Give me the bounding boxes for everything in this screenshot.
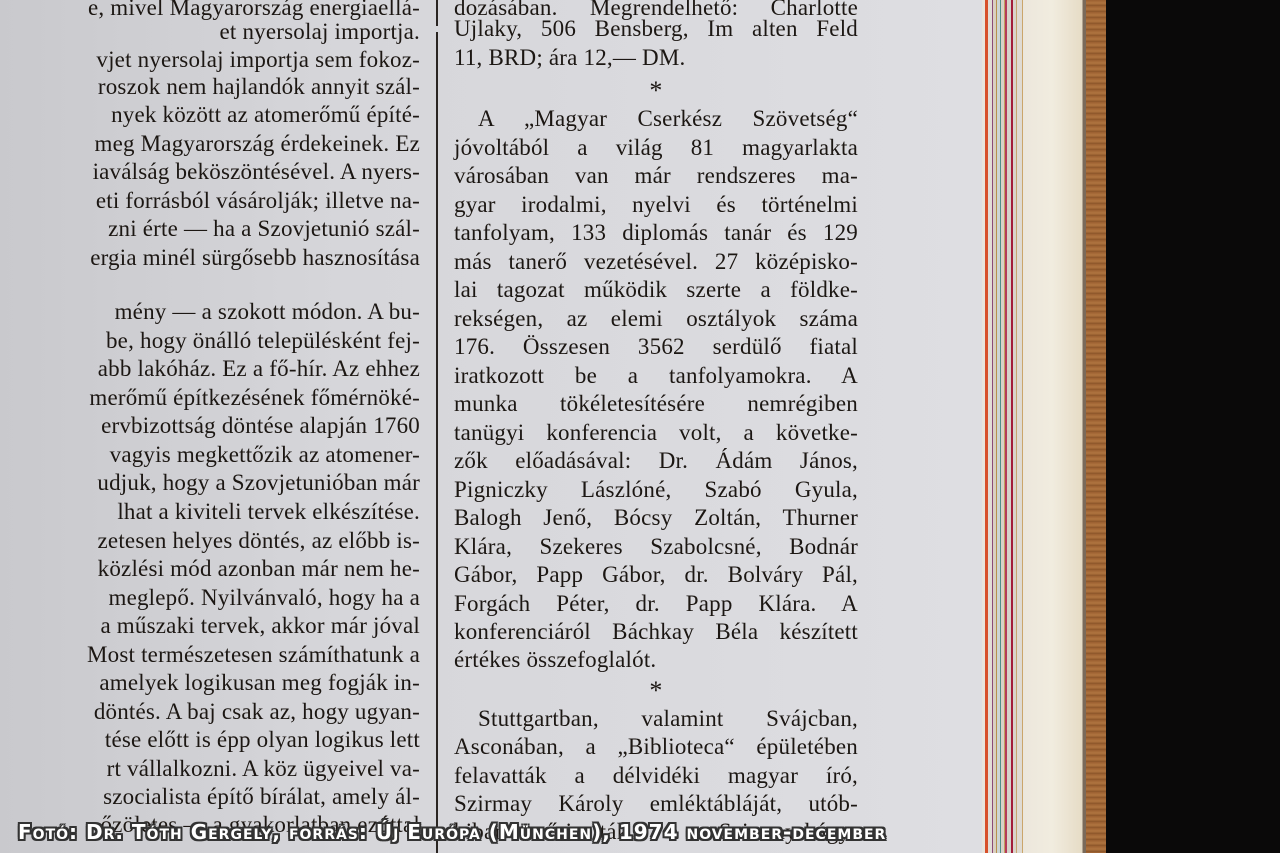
photo-credit-caption: Fotó: Dr. Tóth Gergely, forrás: Új Európ… — [18, 820, 886, 844]
text-line: lhat a kiviteli tervek elkészítése. — [117, 498, 420, 526]
text-line: konferenciáról Báchkay Béla készített — [454, 618, 858, 646]
text-line: közlési mód azonban már nem he- — [98, 555, 420, 583]
text-line: vjet nyersolaj importja sem fokoz- — [96, 46, 420, 74]
text-line: A „Magyar Cserkész Szövetség“ — [454, 105, 858, 133]
text-line: abb lakóház. Ez a fő-hír. Az ehhez — [98, 355, 420, 383]
text-line: értékes összefoglalót. — [454, 646, 858, 674]
text-line: ergia minél sürgősebb hasznosítása — [90, 244, 420, 272]
text-line: Gábor, Papp Gábor, dr. Bolváry Pál, — [454, 561, 858, 589]
dark-background — [1106, 0, 1280, 853]
text-line: ervbizottság döntése alapján 1760 — [101, 412, 420, 440]
text-line: meg Magyarország érdekeinek. Ez — [95, 130, 421, 158]
text-line: merőmű építkezésének főmérnöké- — [89, 384, 420, 412]
text-line: Most természetesen számíthatunk a — [87, 641, 420, 669]
text-line: lai tagozat működik szerte a földke- — [454, 276, 858, 304]
section-separator-asterisk: * — [454, 676, 858, 706]
text-line: udjuk, hogy a Szovjetunióban már — [97, 469, 420, 497]
text-line: Stuttgartban, valamint Svájcban, — [454, 705, 858, 733]
text-line: roszok nem hajlandók annyit szál- — [98, 73, 420, 101]
text-line: a műszaki tervek, akkor már jóval — [100, 612, 420, 640]
text-line: rekségen, az elemi osztályok száma — [454, 305, 858, 333]
text-line: be, hogy önálló településként fej- — [106, 327, 420, 355]
text-line: zetesen helyes döntés, az előbb is- — [98, 527, 421, 555]
section-separator-asterisk: * — [454, 76, 858, 106]
text-line: Pigniczky Lászlóné, Szabó Gyula, — [454, 476, 858, 504]
text-line: szocialista építő bírálat, amely ál- — [103, 783, 420, 811]
text-line: 176. Összesen 3562 serdülő fiatal — [454, 333, 858, 361]
book-binding — [1086, 0, 1106, 853]
text-line: meglepő. Nyilvánvaló, hogy ha a — [108, 584, 420, 612]
text-line: mény — a szokott módon. A bu- — [115, 298, 420, 326]
page-edges — [982, 0, 1086, 853]
text-line: et nyersolaj importja. — [220, 18, 420, 46]
column-divider — [436, 32, 438, 853]
text-line: vagyis megkettőzik az atomener- — [110, 441, 420, 469]
text-line: zni érte — ha a Szovjetunió szál- — [108, 215, 420, 243]
text-line: tanfolyam, 133 diplomás tanár és 129 — [454, 219, 858, 247]
text-line: Forgách Péter, dr. Papp Klára. A — [454, 590, 858, 618]
text-line: Ujlaky, 506 Bensberg, Im alten Feld — [454, 15, 858, 43]
text-line: munka tökéletesítésére nemrégiben — [454, 390, 858, 418]
text-line: 11, BRD; ára 12,— DM. — [454, 44, 858, 72]
column-divider-top — [436, 0, 438, 26]
text-line: iaválság beköszöntésével. A nyers- — [93, 158, 420, 186]
text-line: Balogh Jenő, Bócsy Zoltán, Thurner — [454, 504, 858, 532]
text-line: Asconában, a „Biblioteca“ épületében — [454, 733, 858, 761]
text-line: jóvoltából a világ 81 magyarlakta — [454, 134, 858, 162]
text-line: iratkozott be a tanfolyamokra. A — [454, 362, 858, 390]
text-line: amelyek logikusan meg fogják in- — [99, 669, 420, 697]
text-line: tanügyi konferencia volt, a követke- — [454, 419, 858, 447]
text-line: Szirmay Károly emléktábláját, utób- — [454, 790, 858, 818]
text-line: felavatták a délvidéki magyar író, — [454, 762, 858, 790]
text-line: városában van már rendszeres ma- — [454, 162, 858, 190]
text-line: tése előtt is épp olyan logikus lett — [105, 726, 420, 754]
text-line: eti forrásból vásárolják; illetve na- — [96, 187, 420, 215]
text-line: gyar irodalmi, nyelvi és történelmi — [454, 191, 858, 219]
text-line: döntés. A baj csak az, hogy ugyan- — [94, 698, 420, 726]
text-line: zők előadásával: Dr. Ádám János, — [454, 447, 858, 475]
text-line: Klára, Szekeres Szabolcsné, Bodnár — [454, 533, 858, 561]
text-line: más tanerő vezetésével. 27 középisko- — [454, 248, 858, 276]
text-line: nyek között az atomerőmű építé- — [111, 101, 420, 129]
book-page: e, mivel Magyarország energiaellá- et ny… — [0, 0, 982, 853]
text-line: rt vállalkozni. A köz ügyeivel va- — [107, 755, 420, 783]
